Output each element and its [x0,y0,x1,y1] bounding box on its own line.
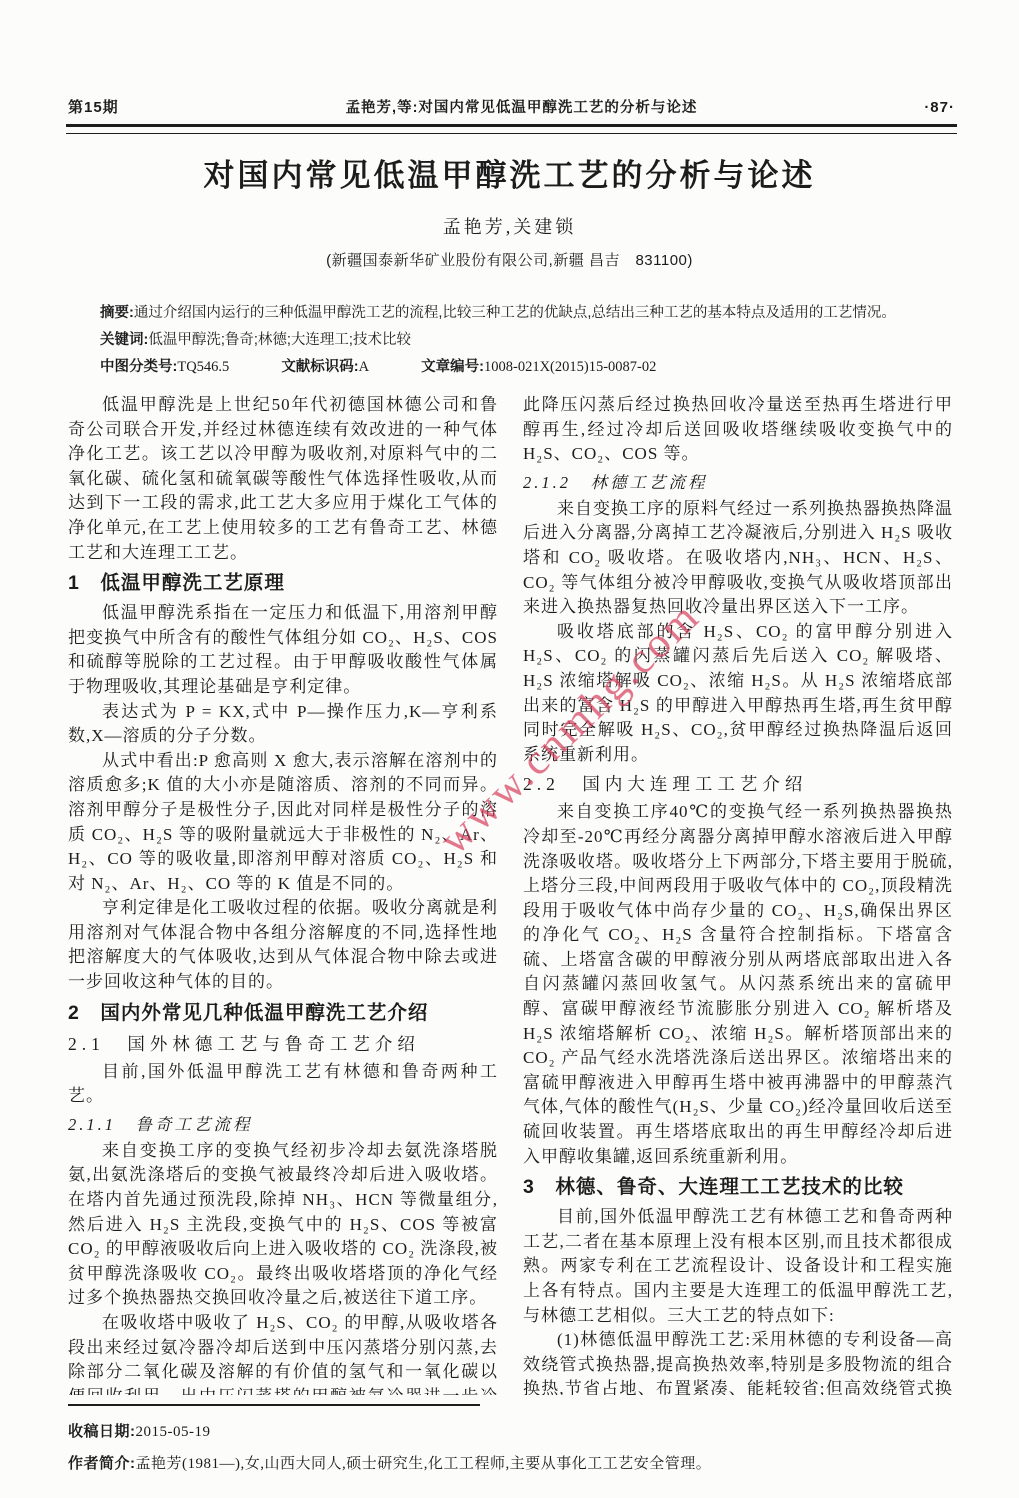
footnote-divider [68,1404,480,1406]
paragraph: 从式中看出:P 愈高则 X 愈大,表示溶解在溶剂中的溶质愈多;K 值的大小亦是随… [68,749,498,897]
classification-line: 中图分类号:TQ546.5 文献标识码:A 文章编号:1008-021X(201… [100,354,953,381]
received-date-label: 收稿日期: [68,1423,136,1440]
running-head: 第15期 孟艳芳,等:对国内常见低温甲醇洗工艺的分析与论述 ·87· [68,96,955,117]
received-date-line: 收稿日期:2015-05-19 [68,1420,953,1444]
paragraph: 在吸收塔中吸收了 H₂S、CO₂ 的甲醇,从吸收塔各段出来经过氨冷器冷却后送到中… [68,1311,498,1395]
affiliation: (新疆国泰新华矿业股份有限公司,新疆 昌吉 831100) [0,249,1019,270]
section-heading-3: 3 林德、鲁奇、大连理工工艺技术的比较 [523,1174,953,1201]
keywords-text: 低温甲醇洗;鲁奇;林德;大连理工;技术比较 [148,332,411,348]
running-title: 孟艳芳,等:对国内常见低温甲醇洗工艺的分析与论述 [119,96,925,117]
paragraph: 来自变换工序的变换气经初步冷却去氨洗涤塔脱氨,出氨洗涤塔后的变换气被最终冷却后进… [68,1139,498,1311]
header-divider [66,124,957,134]
abstract-line: 摘要:通过介绍国内运行的三种低温甲醇洗工艺的流程,比较三种工艺的优缺点,总结出三… [100,300,953,327]
article-id: 文章编号:1008-021X(2015)15-0087-02 [421,354,656,381]
article-body: 低温甲醇洗是上世纪50年代初德国林德公司和鲁奇公司联合开发,并经过林德连续有效改… [68,393,953,1395]
paragraph: 目前,国外低温甲醇洗工艺有林德工艺和鲁奇两种工艺,二者在基本原理上没有根本区别,… [523,1205,953,1328]
subsection-heading-2-2: 2.2 国内大连理工工艺介绍 [523,771,953,797]
paragraph: 低温甲醇洗是上世纪50年代初德国林德公司和鲁奇公司联合开发,并经过林德连续有效改… [68,393,498,565]
received-date-value: 2015-05-19 [136,1424,211,1440]
page-number: ·87· [924,99,955,116]
footnote-block: 收稿日期:2015-05-19 作者简介:孟艳芳(1981—),女,山西大同人,… [68,1404,953,1484]
subsubsection-heading-2-1-2: 2.1.2 林德工艺流程 [523,470,953,495]
subsection-heading-2-1: 2.1 国外林德工艺与鲁奇工艺介绍 [68,1031,498,1057]
section-heading-1: 1 低温甲醇洗工艺原理 [68,570,498,597]
author-bio-label: 作者简介: [68,1455,136,1472]
abstract-text: 通过介绍国内运行的三种低温甲醇洗工艺的流程,比较三种工艺的优缺点,总结出三种工艺… [134,305,896,321]
paragraph: 表达式为 P = KX,式中 P—操作压力,K—亨利系数,X—溶质的分子分数。 [68,700,498,749]
paragraph: 来自变换工序的原料气经过一系列换热器换热降温后进入分离器,分离掉工艺冷凝液后,分… [523,497,953,620]
author-bio-text: 孟艳芳(1981—),女,山西大同人,硕士研究生,化工工程师,主要从事化工工艺安… [136,1456,712,1472]
paragraph: 吸收塔底部的含 H₂S、CO₂ 的富甲醇分别进入 H₂S、CO₂ 的闪蒸罐闪蒸后… [523,620,953,768]
paragraph: 低温甲醇洗系指在一定压力和低温下,用溶剂甲醇把变换气中所含有的酸性气体组分如 C… [68,601,498,699]
paragraph-continuation: 此降压闪蒸后经过换热回收冷量送至热再生塔进行甲醇再生,经过冷却后送回吸收塔继续吸… [523,393,953,467]
right-column: 此降压闪蒸后经过换热回收冷量送至热再生塔进行甲醇再生,经过冷却后送回吸收塔继续吸… [523,393,953,1395]
clc-number: 中图分类号:TQ546.5 [100,354,229,381]
paragraph: 目前,国外低温甲醇洗工艺有林德和鲁奇两种工艺。 [68,1060,498,1109]
document-code: 文献标识码:A [281,354,369,381]
article-title: 对国内常见低温甲醇洗工艺的分析与论述 [0,150,1019,195]
authors: 孟艳芳,关建锁 [0,213,1019,239]
journal-page: 第15期 孟艳芳,等:对国内常见低温甲醇洗工艺的分析与论述 ·87· 对国内常见… [0,0,1019,1498]
keywords-label: 关键词: [100,332,148,348]
paragraph: (1)林德低温甲醇洗工艺:采用林德的专利设备—高效绕管式换热器,提高换热效率,特… [523,1328,953,1395]
issue-number: 第15期 [68,96,119,117]
author-bio-line: 作者简介:孟艳芳(1981—),女,山西大同人,硕士研究生,化工工程师,主要从事… [68,1452,953,1476]
left-column: 低温甲醇洗是上世纪50年代初德国林德公司和鲁奇公司联合开发,并经过林德连续有效改… [68,393,498,1395]
subsubsection-heading-2-1-1: 2.1.1 鲁奇工艺流程 [68,1112,498,1137]
paragraph: 亨利定律是化工吸收过程的依据。吸收分离就是利用溶剂对气体混合物中各组分溶解度的不… [68,896,498,994]
abstract-label: 摘要: [100,305,134,321]
paragraph: 来自变换工序40℃的变换气经一系列换热器换热冷却至-20℃再经分离器分离掉甲醇水… [523,800,953,1169]
keywords-line: 关键词:低温甲醇洗;鲁奇;林德;大连理工;技术比较 [100,327,953,354]
section-heading-2: 2 国内外常见几种低温甲醇洗工艺介绍 [68,1000,498,1027]
abstract-block: 摘要:通过介绍国内运行的三种低温甲醇洗工艺的流程,比较三种工艺的优缺点,总结出三… [100,300,953,381]
